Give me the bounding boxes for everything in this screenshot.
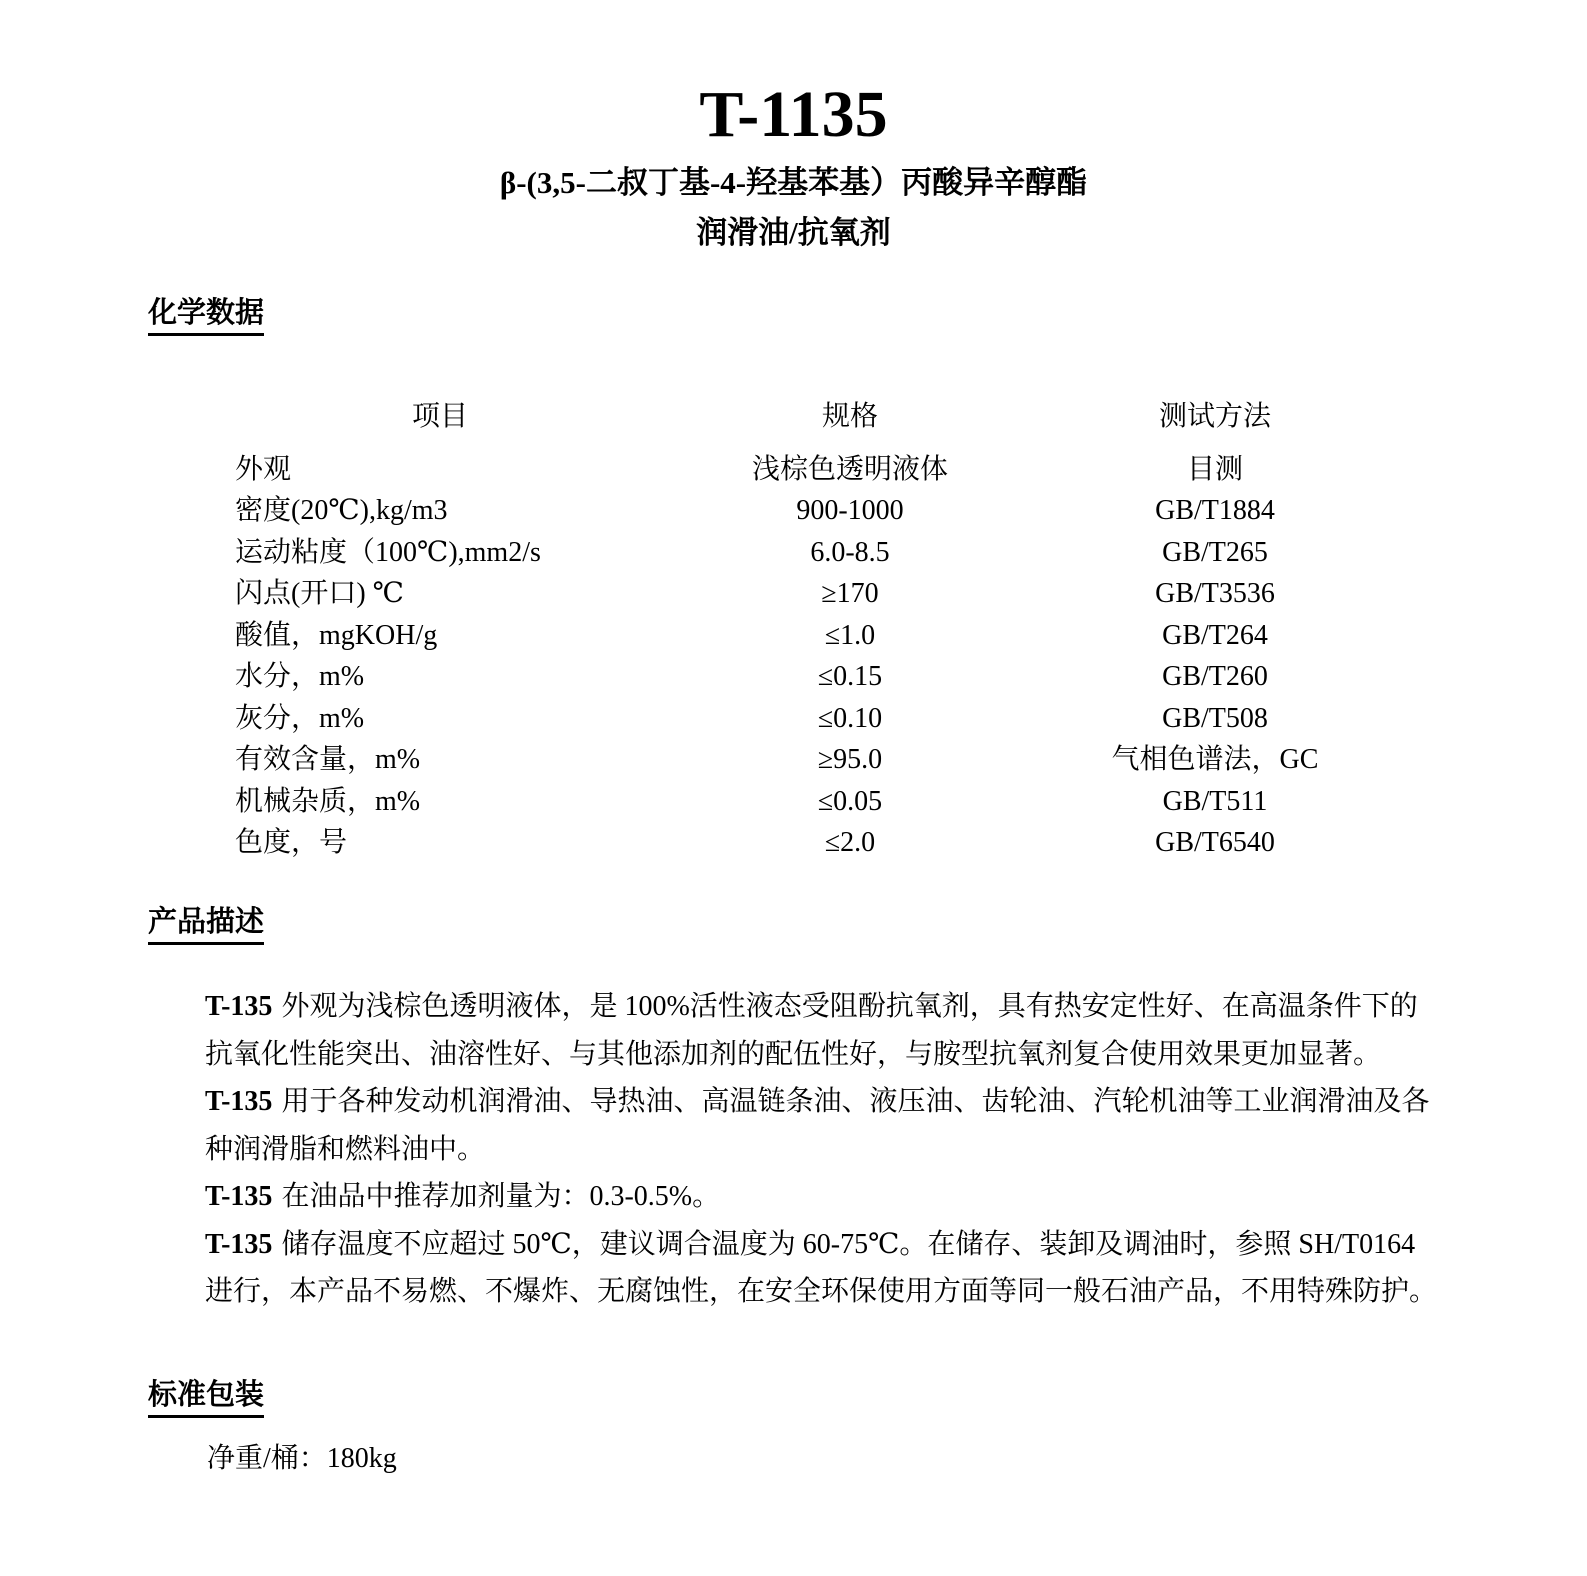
spec-method-cell: GB/T511 (1030, 781, 1400, 823)
packaging-heading: 标准包装 (148, 1379, 264, 1418)
spec-value-cell: ≤0.05 (670, 781, 1030, 823)
spec-value-cell: ≥170 (670, 573, 1030, 615)
description-line-text: 外观为浅棕色透明液体，是 100%活性液态受阻酚抗氧剂，具有热安定性好、在高温条… (281, 991, 1417, 1022)
spec-method-cell: GB/T260 (1030, 656, 1400, 698)
spec-item-cell: 水分，m% (210, 656, 670, 698)
document-page: T-1135 β-(3,5-二叔丁基-4-羟基苯基）丙酸异辛醇酯 润滑油/抗氧剂… (0, 0, 1587, 1576)
product-code-lead: T-135 (205, 1229, 272, 1260)
chemical-data-heading: 化学数据 (148, 297, 264, 336)
spec-value-cell: 浅棕色透明液体 (670, 449, 1030, 491)
description-line: T-135外观为浅棕色透明液体，是 100%活性液态受阻酚抗氧剂，具有热安定性好… (205, 983, 1505, 1031)
description-line: 抗氧化性能突出、油溶性好、与其他添加剂的配伍性好，与胺型抗氧剂复合使用效果更加显… (205, 1031, 1505, 1079)
product-description-text: T-135外观为浅棕色透明液体，是 100%活性液态受阻酚抗氧剂，具有热安定性好… (205, 983, 1505, 1316)
spec-method-cell: GB/T508 (1030, 698, 1400, 740)
description-line: T-135储存温度不应超过 50℃，建议调合温度为 60-75℃。在储存、装卸及… (205, 1221, 1505, 1269)
table-row: 运动粘度（100℃),mm2/s 6.0-8.5 GB/T265 (210, 532, 1400, 574)
spec-method-cell: GB/T6540 (1030, 822, 1400, 864)
spec-table-header-spec: 规格 (670, 396, 1030, 438)
spec-method-cell: 气相色谱法，GC (1030, 739, 1400, 781)
description-paragraph: T-135储存温度不应超过 50℃，建议调合温度为 60-75℃。在储存、装卸及… (205, 1221, 1505, 1316)
spec-value-cell: ≥95.0 (670, 739, 1030, 781)
spec-table-header-method: 测试方法 (1030, 396, 1400, 438)
spec-method-cell: GB/T265 (1030, 532, 1400, 574)
spec-table-body: 外观 浅棕色透明液体 目测 密度(20℃),kg/m3 900-1000 GB/… (210, 449, 1400, 864)
description-line: T-135用于各种发动机润滑油、导热油、高温链条油、液压油、齿轮油、汽轮机油等工… (205, 1078, 1505, 1126)
spec-item-cell: 机械杂质，m% (210, 781, 670, 823)
description-paragraph: T-135外观为浅棕色透明液体，是 100%活性液态受阻酚抗氧剂，具有热安定性好… (205, 983, 1505, 1078)
table-row: 水分，m% ≤0.15 GB/T260 (210, 656, 1400, 698)
chemical-name-subtitle: β-(3,5-二叔丁基-4-羟基苯基）丙酸异辛醇酯 (0, 164, 1587, 202)
spec-item-cell: 密度(20℃),kg/m3 (210, 490, 670, 532)
spec-value-cell: ≤0.15 (670, 656, 1030, 698)
table-row: 外观 浅棕色透明液体 目测 (210, 449, 1400, 491)
spec-item-cell: 灰分，m% (210, 698, 670, 740)
table-row: 密度(20℃),kg/m3 900-1000 GB/T1884 (210, 490, 1400, 532)
description-paragraph: T-135在油品中推荐加剂量为：0.3-0.5%。 (205, 1173, 1505, 1221)
spec-item-cell: 色度，号 (210, 822, 670, 864)
spec-method-cell: 目测 (1030, 449, 1400, 491)
net-weight-text: 净重/桶：180kg (207, 1442, 397, 1476)
description-line: T-135在油品中推荐加剂量为：0.3-0.5%。 (205, 1173, 1505, 1221)
description-line: 进行，本产品不易燃、不爆炸、无腐蚀性，在安全环保使用方面等同一般石油产品，不用特… (205, 1268, 1505, 1316)
spec-item-cell: 酸值，mgKOH/g (210, 615, 670, 657)
description-line-text: 用于各种发动机润滑油、导热油、高温链条油、液压油、齿轮油、汽轮机油等工业润滑油及… (281, 1086, 1429, 1117)
spec-method-cell: GB/T3536 (1030, 573, 1400, 615)
spec-method-cell: GB/T1884 (1030, 490, 1400, 532)
table-row: 机械杂质，m% ≤0.05 GB/T511 (210, 781, 1400, 823)
table-row: 色度，号 ≤2.0 GB/T6540 (210, 822, 1400, 864)
table-row: 灰分，m% ≤0.10 GB/T508 (210, 698, 1400, 740)
page-title: T-1135 (0, 82, 1587, 148)
table-row: 闪点(开口) ℃ ≥170 GB/T3536 (210, 573, 1400, 615)
table-row: 酸值，mgKOH/g ≤1.0 GB/T264 (210, 615, 1400, 657)
description-paragraph: T-135用于各种发动机润滑油、导热油、高温链条油、液压油、齿轮油、汽轮机油等工… (205, 1078, 1505, 1173)
spec-value-cell: 900-1000 (670, 490, 1030, 532)
spec-item-cell: 外观 (210, 449, 670, 491)
description-line-text: 储存温度不应超过 50℃，建议调合温度为 60-75℃。在储存、装卸及调油时，参… (281, 1229, 1415, 1260)
spec-table-header-row: 项目 规格 测试方法 (210, 396, 1400, 438)
spec-value-cell: ≤2.0 (670, 822, 1030, 864)
spec-table: 项目 规格 测试方法 外观 浅棕色透明液体 目测 密度(20℃),kg/m3 9… (210, 396, 1400, 864)
spec-item-cell: 有效含量，m% (210, 739, 670, 781)
description-line: 种润滑脂和燃料油中。 (205, 1126, 1505, 1174)
spec-method-cell: GB/T264 (1030, 615, 1400, 657)
product-description-heading: 产品描述 (148, 906, 264, 945)
spec-item-cell: 运动粘度（100℃),mm2/s (210, 532, 670, 574)
spec-item-cell: 闪点(开口) ℃ (210, 573, 670, 615)
spec-value-cell: ≤1.0 (670, 615, 1030, 657)
product-code-lead: T-135 (205, 991, 272, 1022)
description-line-text: 在油品中推荐加剂量为：0.3-0.5%。 (281, 1181, 720, 1212)
category-subtitle: 润滑油/抗氧剂 (0, 214, 1587, 252)
product-code-lead: T-135 (205, 1181, 272, 1212)
table-row: 有效含量，m% ≥95.0 气相色谱法，GC (210, 739, 1400, 781)
product-code-lead: T-135 (205, 1086, 272, 1117)
spec-table-header-item: 项目 (210, 396, 670, 438)
spec-value-cell: ≤0.10 (670, 698, 1030, 740)
spec-value-cell: 6.0-8.5 (670, 532, 1030, 574)
